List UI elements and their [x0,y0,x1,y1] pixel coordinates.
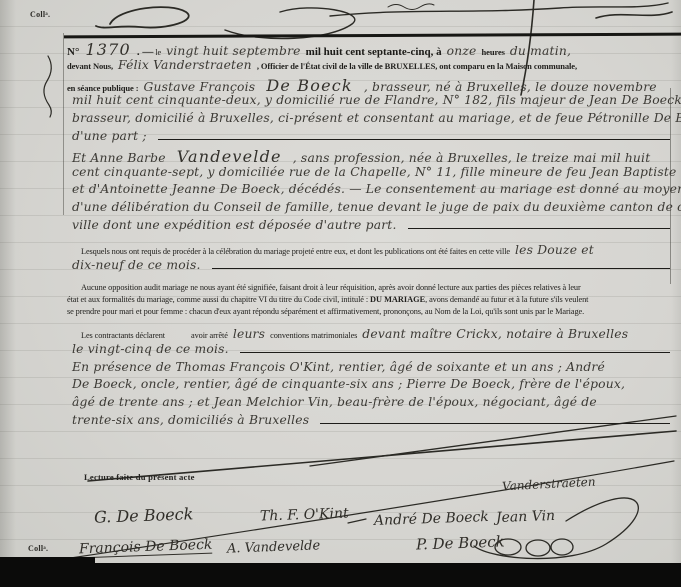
act-line: brasseur, domicilié à Bruxelles, ci-prés… [67,111,673,129]
act-line-segment: Félix Vanderstraeten [118,58,252,72]
signature-witness-pierre: P. De Boeck [416,532,505,553]
act-line-segment: vingt huit septembre [166,44,301,58]
signature-father: François De Boeck [79,537,213,559]
act-line: N°1370. — levingt huit septembremil huit… [67,40,673,58]
act-line: d'une part ; [67,129,673,147]
act-line: Lesquels nous ont requis de procéder à l… [67,243,673,258]
act-line: dix-neuf de ce mois. [67,258,673,276]
act-line-segment: mil huit cent cinquante-deux, y domicili… [72,93,681,107]
act-line: Les contractants déclarentavoir arrêtéle… [67,327,673,342]
act-line: et d'Antoinette Jeanne De Boeck, décédés… [67,182,673,200]
act-line-segment: Lesquels nous ont requis de procéder à l… [81,247,510,256]
act-line: ville dont une expédition est déposée d'… [67,218,673,236]
act-line-segment: trente-six ans, domiciliés à Bruxelles [72,413,309,427]
act-line-segment: du matin, [510,44,571,58]
act-line-segment: DU MARIAGE [370,295,425,304]
act-line: Et Anne BarbeVandevelde, sans profession… [67,147,673,165]
act-line-segment: d'une part ; [72,129,147,143]
act-line: devant Nous,Félix Vanderstraeten, Offici… [67,58,673,76]
act-line: mil huit cent cinquante-deux, y domicili… [67,93,673,111]
act-line-segment: De Boeck [266,76,353,95]
act-line-segment: Les contractants déclarent [81,331,165,340]
act-line-segment: Vandevelde [177,147,282,166]
scanner-black-strip [0,563,681,587]
act-line-segment: brasseur, domicilié à Bruxelles, ci-prés… [72,111,681,125]
act-line-segment: , Officier de l'État civil de la ville d… [257,61,577,71]
act-line-segment: leurs [233,327,265,341]
act-separator-rule [64,33,681,39]
act-line-segment: ville dont une expédition est déposée d'… [72,218,397,232]
act-line-segment: les Douze et [515,243,594,257]
signature-witness-vin: Jean Vin [496,508,556,526]
act-line: d'une délibération du Conseil de famille… [67,200,673,218]
signature-witness-andre: André De Boeck [374,509,489,529]
act-line-segment: . — [137,46,154,58]
lecture-label: Lecture faite du présent acte [84,472,195,482]
act-line-segment: , avons demandé au futur et à la future … [425,295,588,304]
fill-rule [212,268,670,269]
act-line-segment: N° [67,46,79,58]
act-line-segment: le [153,48,161,57]
act-body: N°1370. — levingt huit septembremil huit… [67,40,673,431]
previous-act-signature-flourish [330,3,668,16]
act-line: en séance publique :Gustave FrançoisDe B… [67,76,673,94]
act-line-segment: en séance publique : [67,83,138,93]
margin-collation-note-bottom: Collᵃ. [28,544,48,553]
act-line-segment: En présence de Thomas François O'Kint, r… [72,360,605,374]
signature-witness-okint: Th. F. O'Kint [260,505,349,524]
act-line-segment: 1370 [85,40,131,59]
signature-officer: Vanderstraeten [502,475,596,494]
margin-rule [63,33,64,215]
act-line-segment: avoir arrêté [191,331,228,340]
act-line: trente-six ans, domiciliés à Bruxelles [67,413,673,431]
act-line: se prendre pour mari et pour femme : cha… [67,307,673,319]
act-line-segment: et d'Antoinette Jeanne De Boeck, décédés… [72,182,681,196]
act-line-segment: devant Nous, [67,61,113,71]
act-line-segment: âgé de trente ans ; et Jean Melchior Vin… [72,395,597,409]
collation-paraph [44,56,51,117]
fill-rule [408,228,670,229]
previous-act-signature-flourish [96,7,189,27]
act-line-segment: dix-neuf de ce mois. [72,258,201,272]
act-line-segment: état et aux formalités du mariage, comme… [67,295,370,304]
act-line-segment: devant maître Crickx, notaire à Bruxelle… [362,327,628,341]
act-line-segment: Gustave François [143,80,255,94]
margin-collation-note-top: Collᵃ. [30,10,50,19]
signature-dash [348,519,366,523]
fill-rule [240,352,670,353]
act-line-segment: De Boeck, oncle, rentier, âgé de cinquan… [72,377,625,391]
act-line-segment: , sans profession, née à Bruxelles, le t… [293,151,651,165]
act-line-segment: le vingt-cinq de ce mois. [72,342,229,356]
act-line-segment: mil huit cent septante-cinq, à [306,46,442,58]
act-line-segment: conventions matrimoniales [270,331,357,340]
act-line-segment: d'une délibération du Conseil de famille… [72,200,681,214]
previous-act-signature-flourish [388,4,434,10]
act-line: état et aux formalités du mariage, comme… [67,295,673,307]
act-line: cent cinquante-sept, y domiciliée rue de… [67,165,673,183]
act-line: Aucune opposition audit mariage ne nous … [67,283,673,295]
scanned-marriage-act-page: Collᵃ. Collᵃ. N°1370. — levingt huit sep… [0,0,681,587]
act-line-segment: cent cinquante-sept, y domiciliée rue de… [72,165,681,179]
signature-bride: A. Vandevelde [227,538,321,556]
act-line-segment: Aucune opposition audit mariage ne nous … [81,283,581,292]
act-line: En présence de Thomas François O'Kint, r… [67,360,673,378]
act-line-segment: heures [482,47,505,57]
act-line-segment: onze [447,44,477,58]
act-line: le vingt-cinq de ce mois. [67,342,673,360]
fill-rule [158,139,670,140]
act-line-segment: Et Anne Barbe [72,151,166,165]
act-line: De Boeck, oncle, rentier, âgé de cinquan… [67,377,673,395]
act-line-segment: , brasseur, né à Bruxelles, le douze nov… [364,80,657,94]
previous-act-signature-flourish [596,12,672,18]
act-line-segment: se prendre pour mari et pour femme : cha… [67,307,584,316]
signature-groom: G. De Boeck [94,504,194,526]
fill-rule [320,423,670,424]
act-line: âgé de trente ans ; et Jean Melchior Vin… [67,395,673,413]
